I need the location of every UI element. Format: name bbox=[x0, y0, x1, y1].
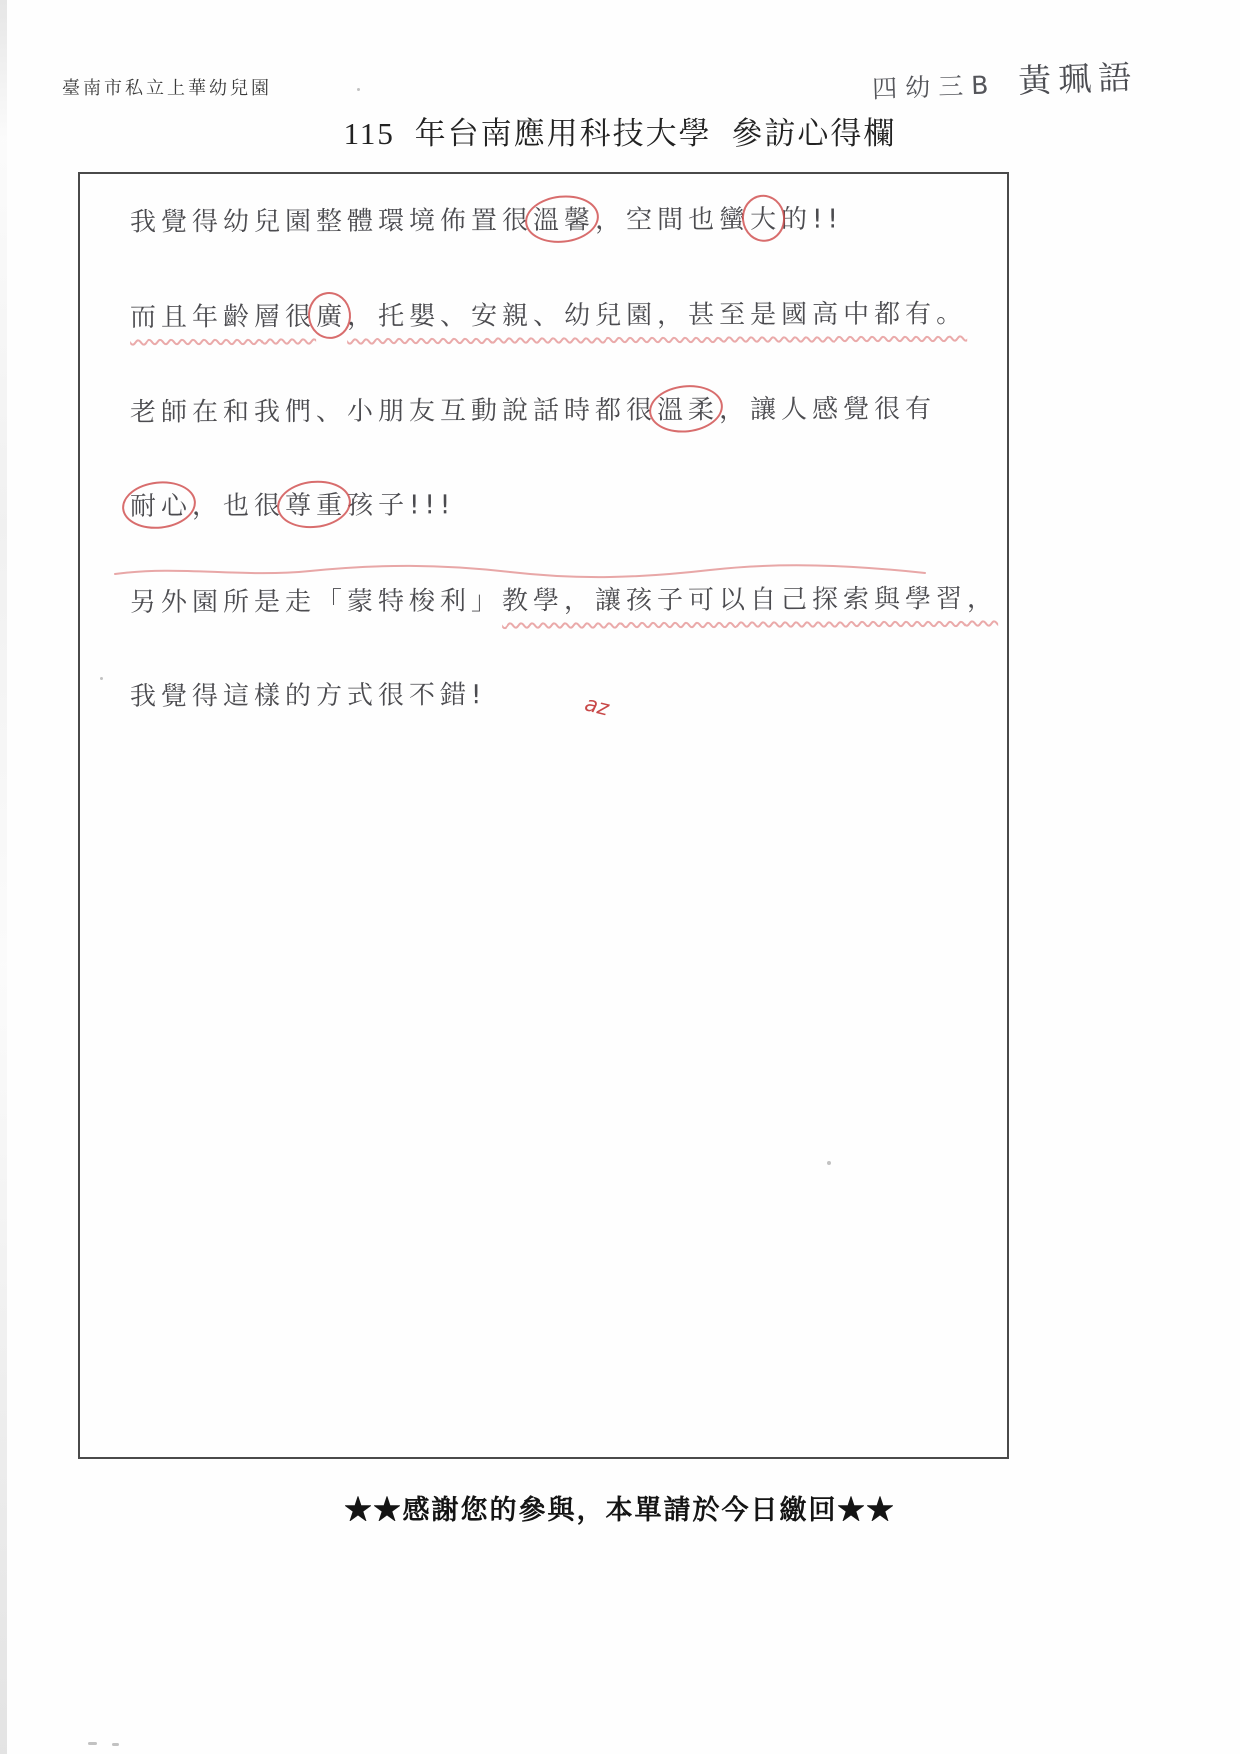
essay-line: 另外園所是走「蒙特梭利」教學，讓孩子可以自己探索與學習， bbox=[130, 578, 998, 619]
handwriting-segment: 蠻 bbox=[719, 205, 750, 235]
footer-note: ★★感謝您的參與，本單請於今日繳回★★ bbox=[0, 1488, 1240, 1527]
handwriting-segment: 而且年齡層很 bbox=[130, 302, 316, 333]
essay-line: 我覺得幼兒園整體環境佈置很溫馨，空間也蠻大的!! bbox=[130, 198, 843, 238]
student-name: 黃珮語 bbox=[1017, 51, 1139, 102]
teacher-circle-mark: 廣 bbox=[316, 302, 347, 332]
handwriting-segment: 另外園所是走「蒙特梭利」 bbox=[130, 586, 502, 618]
teacher-circle-mark: 溫馨 bbox=[533, 206, 595, 236]
teacher-circle-mark: 大 bbox=[750, 205, 781, 235]
scan-speck bbox=[357, 88, 360, 91]
handwriting-segment: 教學，讓孩子可以自己探索與學習， bbox=[502, 584, 998, 616]
teacher-circle-mark: 溫柔 bbox=[657, 395, 719, 425]
essay-line: 老師在和我們、小朋友互動說話時都很溫柔，讓人感覺很有 bbox=[130, 388, 936, 429]
red-scribble-mark: az bbox=[582, 691, 611, 720]
handwriting-segment: 我覺得這樣的方式很不錯! bbox=[130, 680, 487, 712]
handwriting-segment: 甚至是國高中都有。 bbox=[688, 299, 967, 330]
handwriting-segment: ，空間也 bbox=[595, 205, 719, 236]
scan-speck bbox=[88, 1742, 97, 1745]
handwriting-segment: 老師在和我們、小朋友互動說話時都很 bbox=[130, 395, 657, 427]
scan-speck bbox=[827, 1161, 831, 1165]
feedback-box: 我覺得幼兒園整體環境佈置很溫馨，空間也蠻大的!!而且年齡層很廣，托嬰、安親、幼兒… bbox=[78, 172, 1009, 1459]
scanned-form-page: 臺南市私立上華幼兒園 四幼三B 黃珮語 115 年台南應用科技大學 參訪心得欄 … bbox=[0, 0, 1240, 1754]
handwriting-segment: 孩子!!! bbox=[347, 490, 455, 520]
teacher-circle-mark: 尊重 bbox=[285, 491, 347, 521]
handwriting-segment: 我覺得幼兒園整體環境佈置很 bbox=[130, 206, 533, 238]
essay-line: 耐心，也很尊重孩子!!! bbox=[130, 484, 455, 522]
essay-line: 而且年齡層很廣，托嬰、安親、幼兒園，甚至是國高中都有。 bbox=[130, 293, 967, 334]
handwriting-segment: ，讓人感覺很有 bbox=[719, 394, 936, 425]
handwriting-segment: 的!! bbox=[781, 204, 843, 234]
handwriting-segment: ，也很 bbox=[192, 491, 285, 521]
school-name: 臺南市私立上華幼兒園 bbox=[62, 74, 272, 100]
handwriting-segment: ，托嬰、安親、幼兒園， bbox=[347, 300, 688, 331]
essay-line: 我覺得這樣的方式很不錯! bbox=[130, 674, 487, 713]
student-class-label: 四幼三B bbox=[872, 65, 997, 105]
student-signature: 四幼三B 黃珮語 bbox=[871, 51, 1139, 107]
scan-speck bbox=[100, 677, 103, 680]
scan-speck bbox=[112, 1743, 119, 1746]
teacher-circle-mark: 耐心 bbox=[130, 491, 192, 521]
form-title: 115 年台南應用科技大學 參訪心得欄 bbox=[0, 108, 1240, 153]
